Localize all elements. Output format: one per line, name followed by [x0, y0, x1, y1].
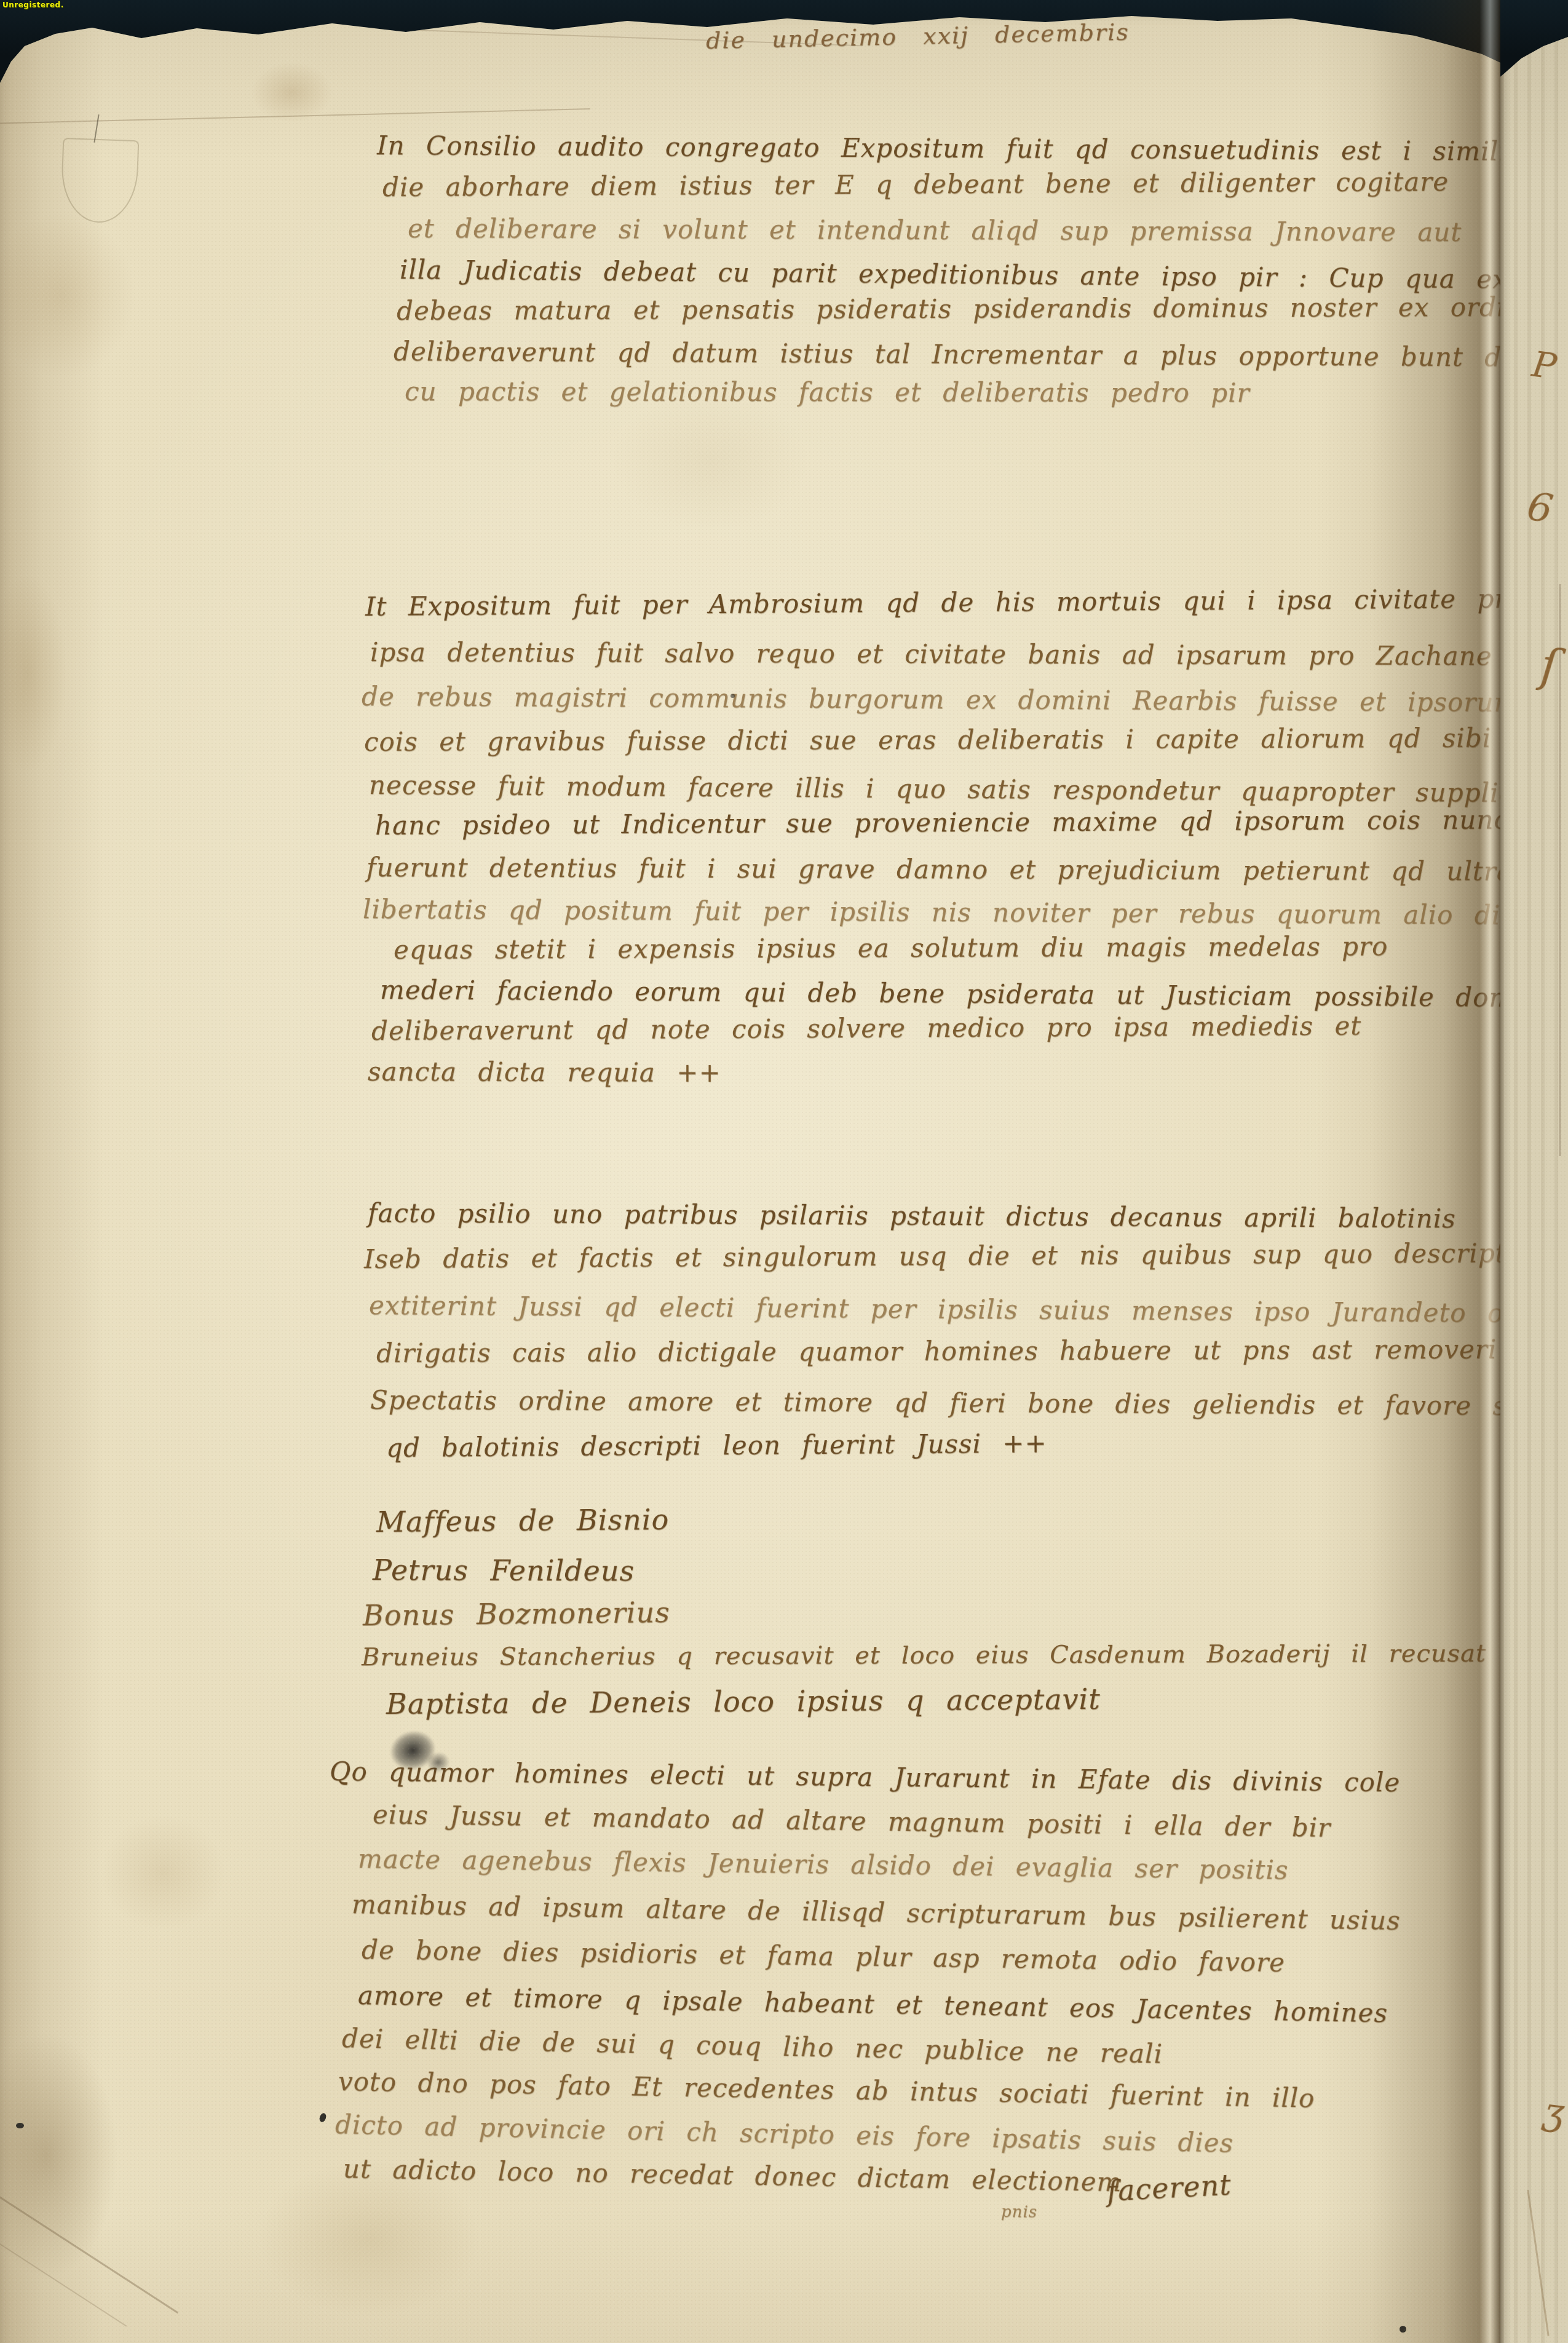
manuscript-page: die undecimo xxij decembris In Consilio …	[0, 0, 1500, 2343]
manuscript-line: dei ellti die de sui q couq liho nec pub…	[342, 2023, 1163, 2069]
elected-name: Maffeus de Bisnio	[376, 1503, 670, 1539]
manuscript-line: amore et timore q ipsale habeant et tene…	[358, 1980, 1388, 2028]
paper-stain	[80, 1796, 246, 1949]
paper-stain	[234, 49, 350, 135]
manuscript-line: facto psilio uno patribus psilariis psta…	[368, 1198, 1456, 1234]
manuscript-line: dirigatis cais alio dictigale quamor hom…	[376, 1334, 1497, 1368]
manuscript-line: necesse fuit modum facere illis i quo sa…	[369, 770, 1565, 809]
paper-crease	[0, 2185, 178, 2313]
adjacent-page-edge: P 6 ſ ʒ	[1500, 0, 1568, 2343]
manuscript-line: equas stetit i expensis ipsius ea solutu…	[394, 931, 1388, 965]
manuscript-line: qd balotinis descripti leon fuerint Juss…	[386, 1428, 1047, 1463]
paper-scratch	[93, 114, 99, 143]
paper-stain	[0, 541, 80, 806]
manuscript-line: cu pactis et gelationibus factis et deli…	[405, 376, 1250, 408]
manuscript-line: Iseb datis et factis et singulorum usq d…	[364, 1238, 1515, 1274]
manuscript-line: illa Judicatis debeat cu parit expeditio…	[400, 255, 1568, 295]
manuscript-line: de rebus magistri communis burgorum ex d…	[362, 681, 1519, 718]
ink-fleck	[16, 2123, 24, 2128]
manuscript-line: It Expositum fuit per Ambrosium qd de hi…	[365, 584, 1524, 622]
manuscript-line: voto dno pos fato Et recedentes ab intus…	[338, 2066, 1315, 2114]
inserted-word: pnis	[1001, 2203, 1037, 2222]
paper-crease	[0, 2225, 127, 2326]
manuscript-line: Qo quamor homines electi ut supra Juraru…	[330, 1756, 1401, 1798]
manuscript-line: deliberaverunt qd note cois solvere medi…	[371, 1011, 1361, 1046]
manuscript-line: cois et gravibus fuisse dicti sue eras d…	[364, 723, 1491, 757]
manuscript-line: et deliberare si volunt et intendunt ali…	[408, 213, 1462, 247]
elected-name: Bruneius Stancherius q recusavit et loco…	[362, 1639, 1486, 1671]
paper-crease	[0, 108, 590, 124]
manuscript-line: die aborhare diem istius ter E q debeant…	[382, 167, 1449, 202]
manuscript-line: Spectatis ordine amore et timore qd fier…	[370, 1385, 1541, 1421]
paper-stain	[0, 184, 160, 406]
manuscript-line: hanc psideo ut Indicentur sue provenienc…	[375, 804, 1549, 841]
manuscript-line: eius Jussu et mandato ad altare magnum p…	[373, 1799, 1331, 1843]
manuscript-line: sancta dicta requia ++	[368, 1057, 721, 1088]
paper-crease	[1559, 584, 1561, 1156]
manuscript-line: fuerunt detentius fuit i sui grave damno…	[366, 852, 1513, 887]
ink-fleck	[319, 2112, 328, 2123]
manuscript-line: In Consilio audito congregato Expositum …	[377, 130, 1508, 167]
elected-name: Bonus Bozmonerius	[363, 1596, 670, 1632]
manuscript-line: extiterint Jussi qd electi fuerint per i…	[369, 1290, 1561, 1329]
manuscript-scan: die undecimo xxij decembris In Consilio …	[0, 0, 1568, 2343]
manuscript-line: mederi faciendo eorum qui deb bene pside…	[380, 975, 1568, 1013]
manuscript-line: macte agenebus flexis Jenuieris alsido d…	[358, 1844, 1289, 1885]
manuscript-line: manibus ad ipsum altare de illisqd scrip…	[352, 1889, 1401, 1936]
edge-ink-fragment: 6	[1524, 484, 1556, 533]
manuscript-line: dicto ad provincie ori ch scripto eis fo…	[335, 2109, 1233, 2159]
manuscript-line: deliberaverunt qd datum istius tal Incre…	[394, 336, 1568, 373]
shield-offset-mark	[60, 138, 140, 224]
edge-ink-fragment: ſ	[1538, 639, 1561, 693]
elected-name: Petrus Fenildeus	[373, 1553, 635, 1587]
elected-name: Baptista de Deneis loco ipsius q accepta…	[386, 1683, 1101, 1721]
manuscript-line: ipsa detentius fuit salvo requo et civit…	[370, 637, 1492, 671]
scanner-watermark: Unregistered.	[2, 1, 64, 9]
ink-fleck	[1400, 2326, 1406, 2333]
paper-crease	[1527, 2190, 1549, 2336]
date-heading: die undecimo xxij decembris	[706, 18, 1130, 54]
edge-ink-fragment: P	[1529, 343, 1559, 388]
manuscript-line: de bone dies psidioris et fama plur asp …	[362, 1935, 1286, 1978]
edge-ink-fragment: ʒ	[1541, 2090, 1567, 2135]
paper-stain	[0, 1992, 141, 2318]
manuscript-line: libertatis qd positum fuit per ipsilis n…	[363, 894, 1550, 930]
manuscript-line: ut adicto loco no recedat donec dictam e…	[343, 2154, 1122, 2197]
final-word: facerent	[1106, 2168, 1232, 2208]
manuscript-line: debeas matura et pensatis psideratis psi…	[397, 292, 1538, 326]
